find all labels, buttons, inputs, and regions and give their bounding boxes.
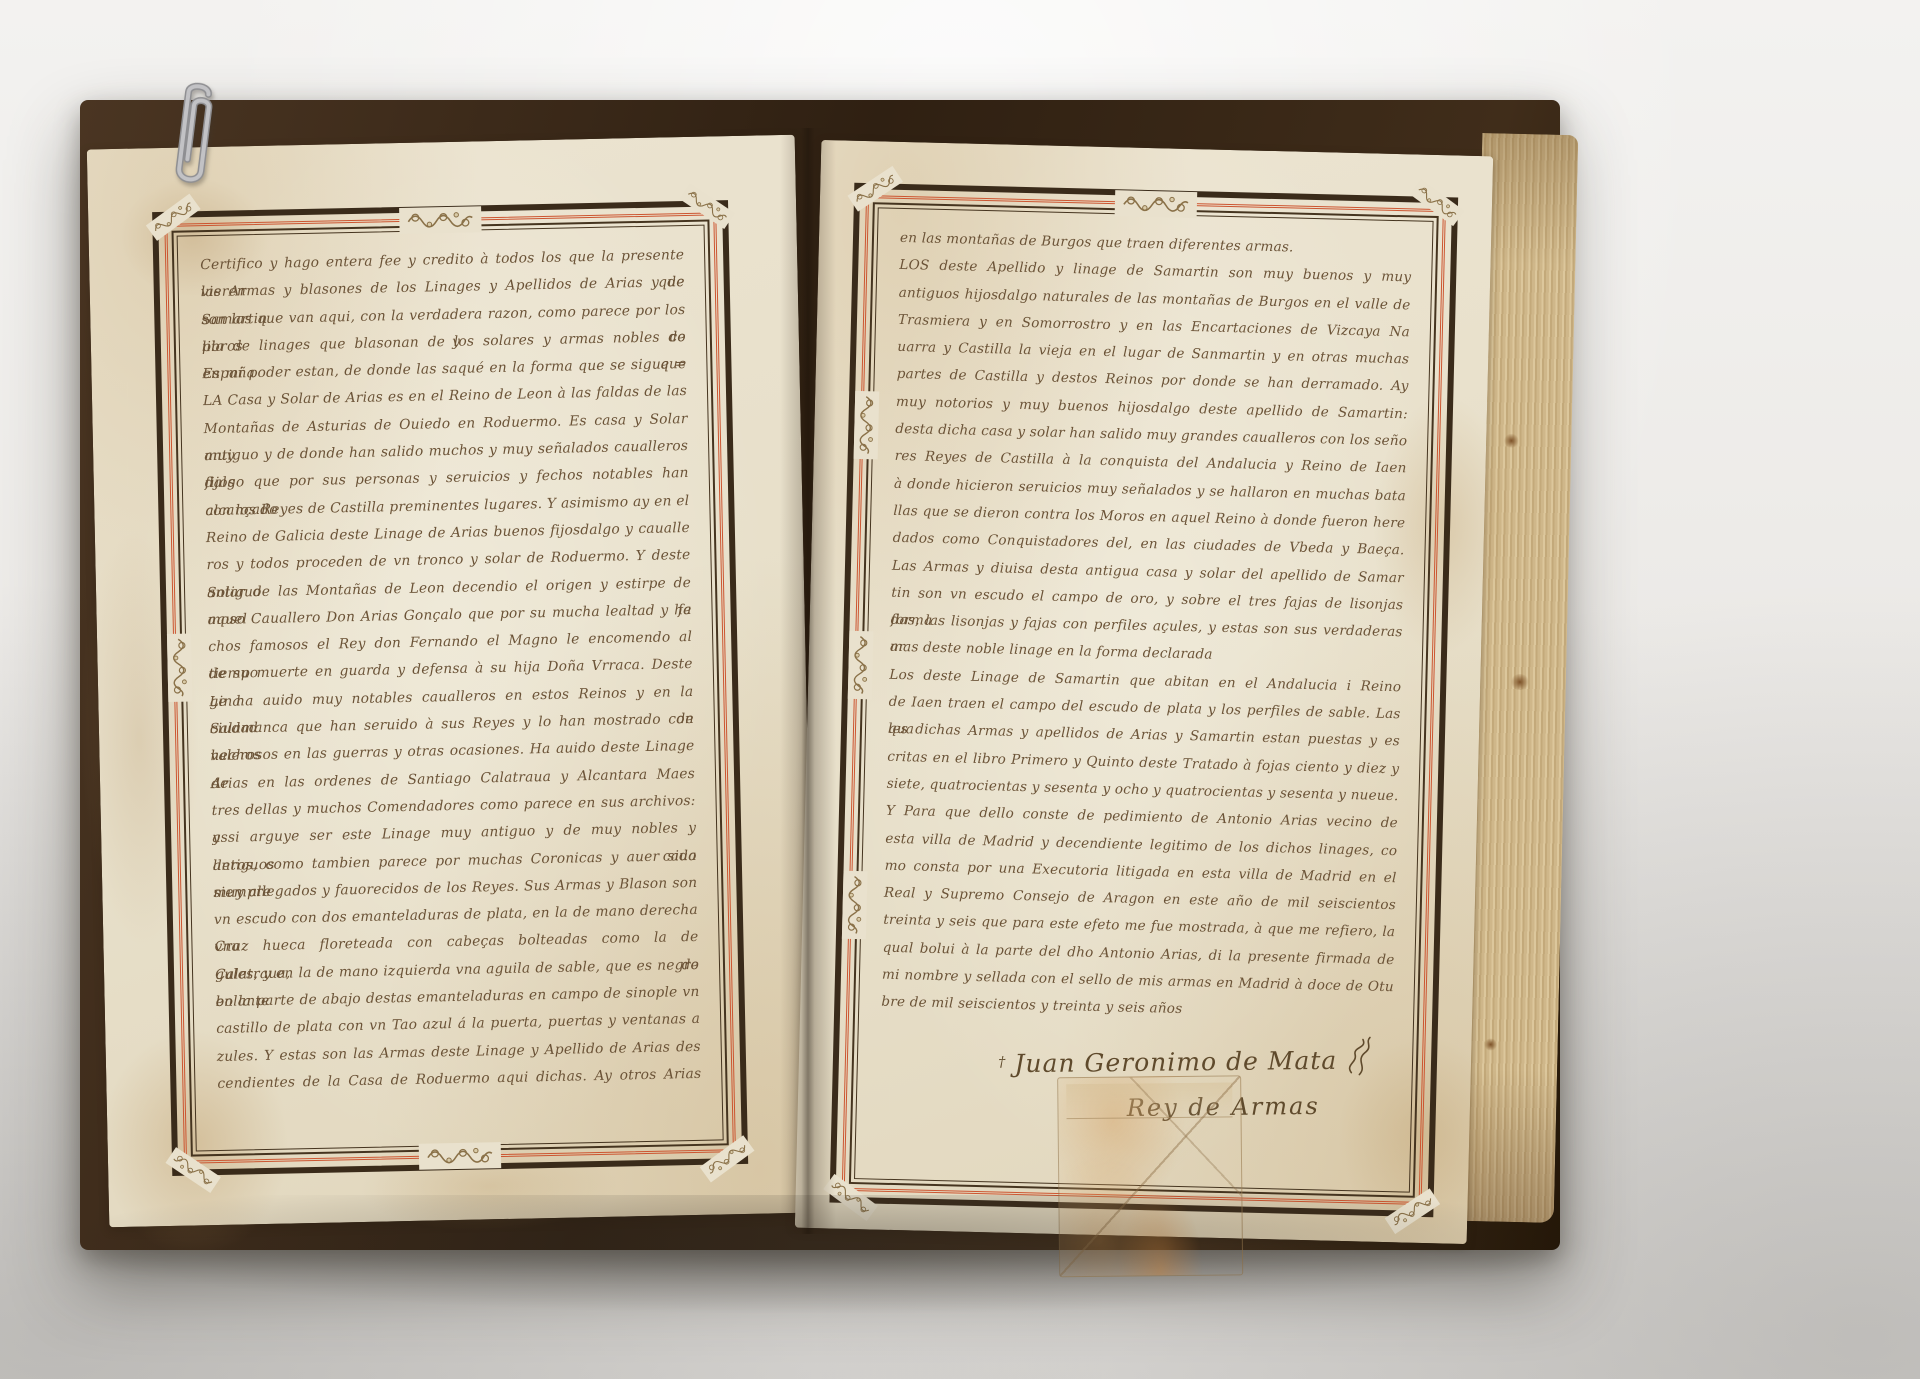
left-page-text-area: Certifico y hago entera fee y credito à … — [177, 225, 724, 1152]
signature-rubric-icon — [1343, 1036, 1378, 1085]
left-frame-rule-band: Certifico y hago entera fee y credito à … — [162, 210, 738, 1165]
scroll-ornament-icon — [854, 391, 880, 460]
left-frame-inner-rule: Certifico y hago entera fee y credito à … — [172, 220, 729, 1157]
scroll-ornament-icon — [848, 631, 874, 700]
right-page-border-frame: en las montañas de Burgos que traen dife… — [829, 183, 1458, 1217]
photo-backdrop: Certifico y hago entera fee y credito à … — [0, 0, 1920, 1379]
scroll-ornament-icon — [419, 1142, 502, 1170]
scroll-ornament-icon — [842, 871, 868, 940]
book-shadow — [40, 1195, 1600, 1315]
right-page-text-block: en las montañas de Burgos que traen dife… — [881, 225, 1412, 1029]
right-page: en las montañas de Burgos que traen dife… — [795, 140, 1493, 1244]
right-frame-inner-rule: en las montañas de Burgos que traen dife… — [849, 202, 1439, 1198]
scroll-ornament-icon — [167, 634, 192, 702]
age-stain — [1510, 674, 1530, 690]
age-stain — [1484, 1038, 1498, 1050]
left-page-border-frame: Certifico y hago entera fee y credito à … — [152, 200, 748, 1176]
scroll-ornament-icon — [1115, 190, 1198, 218]
scroll-ornament-icon — [399, 206, 482, 234]
signature-name: Juan Geronimo de Mata — [1014, 1045, 1337, 1077]
open-manuscript-book: Certifico y hago entera fee y credito à … — [80, 100, 1560, 1250]
left-page-text-block: Certifico y hago entera fee y credito à … — [200, 242, 702, 1098]
right-page-text-area: en las montañas de Burgos que traen dife… — [854, 207, 1434, 1192]
age-stain — [1503, 434, 1519, 448]
right-frame-rule-band: en las montañas de Burgos que traen dife… — [840, 193, 1448, 1207]
left-page: Certifico y hago entera fee y credito à … — [87, 135, 817, 1228]
notarial-cross-icon: † — [998, 1054, 1014, 1070]
